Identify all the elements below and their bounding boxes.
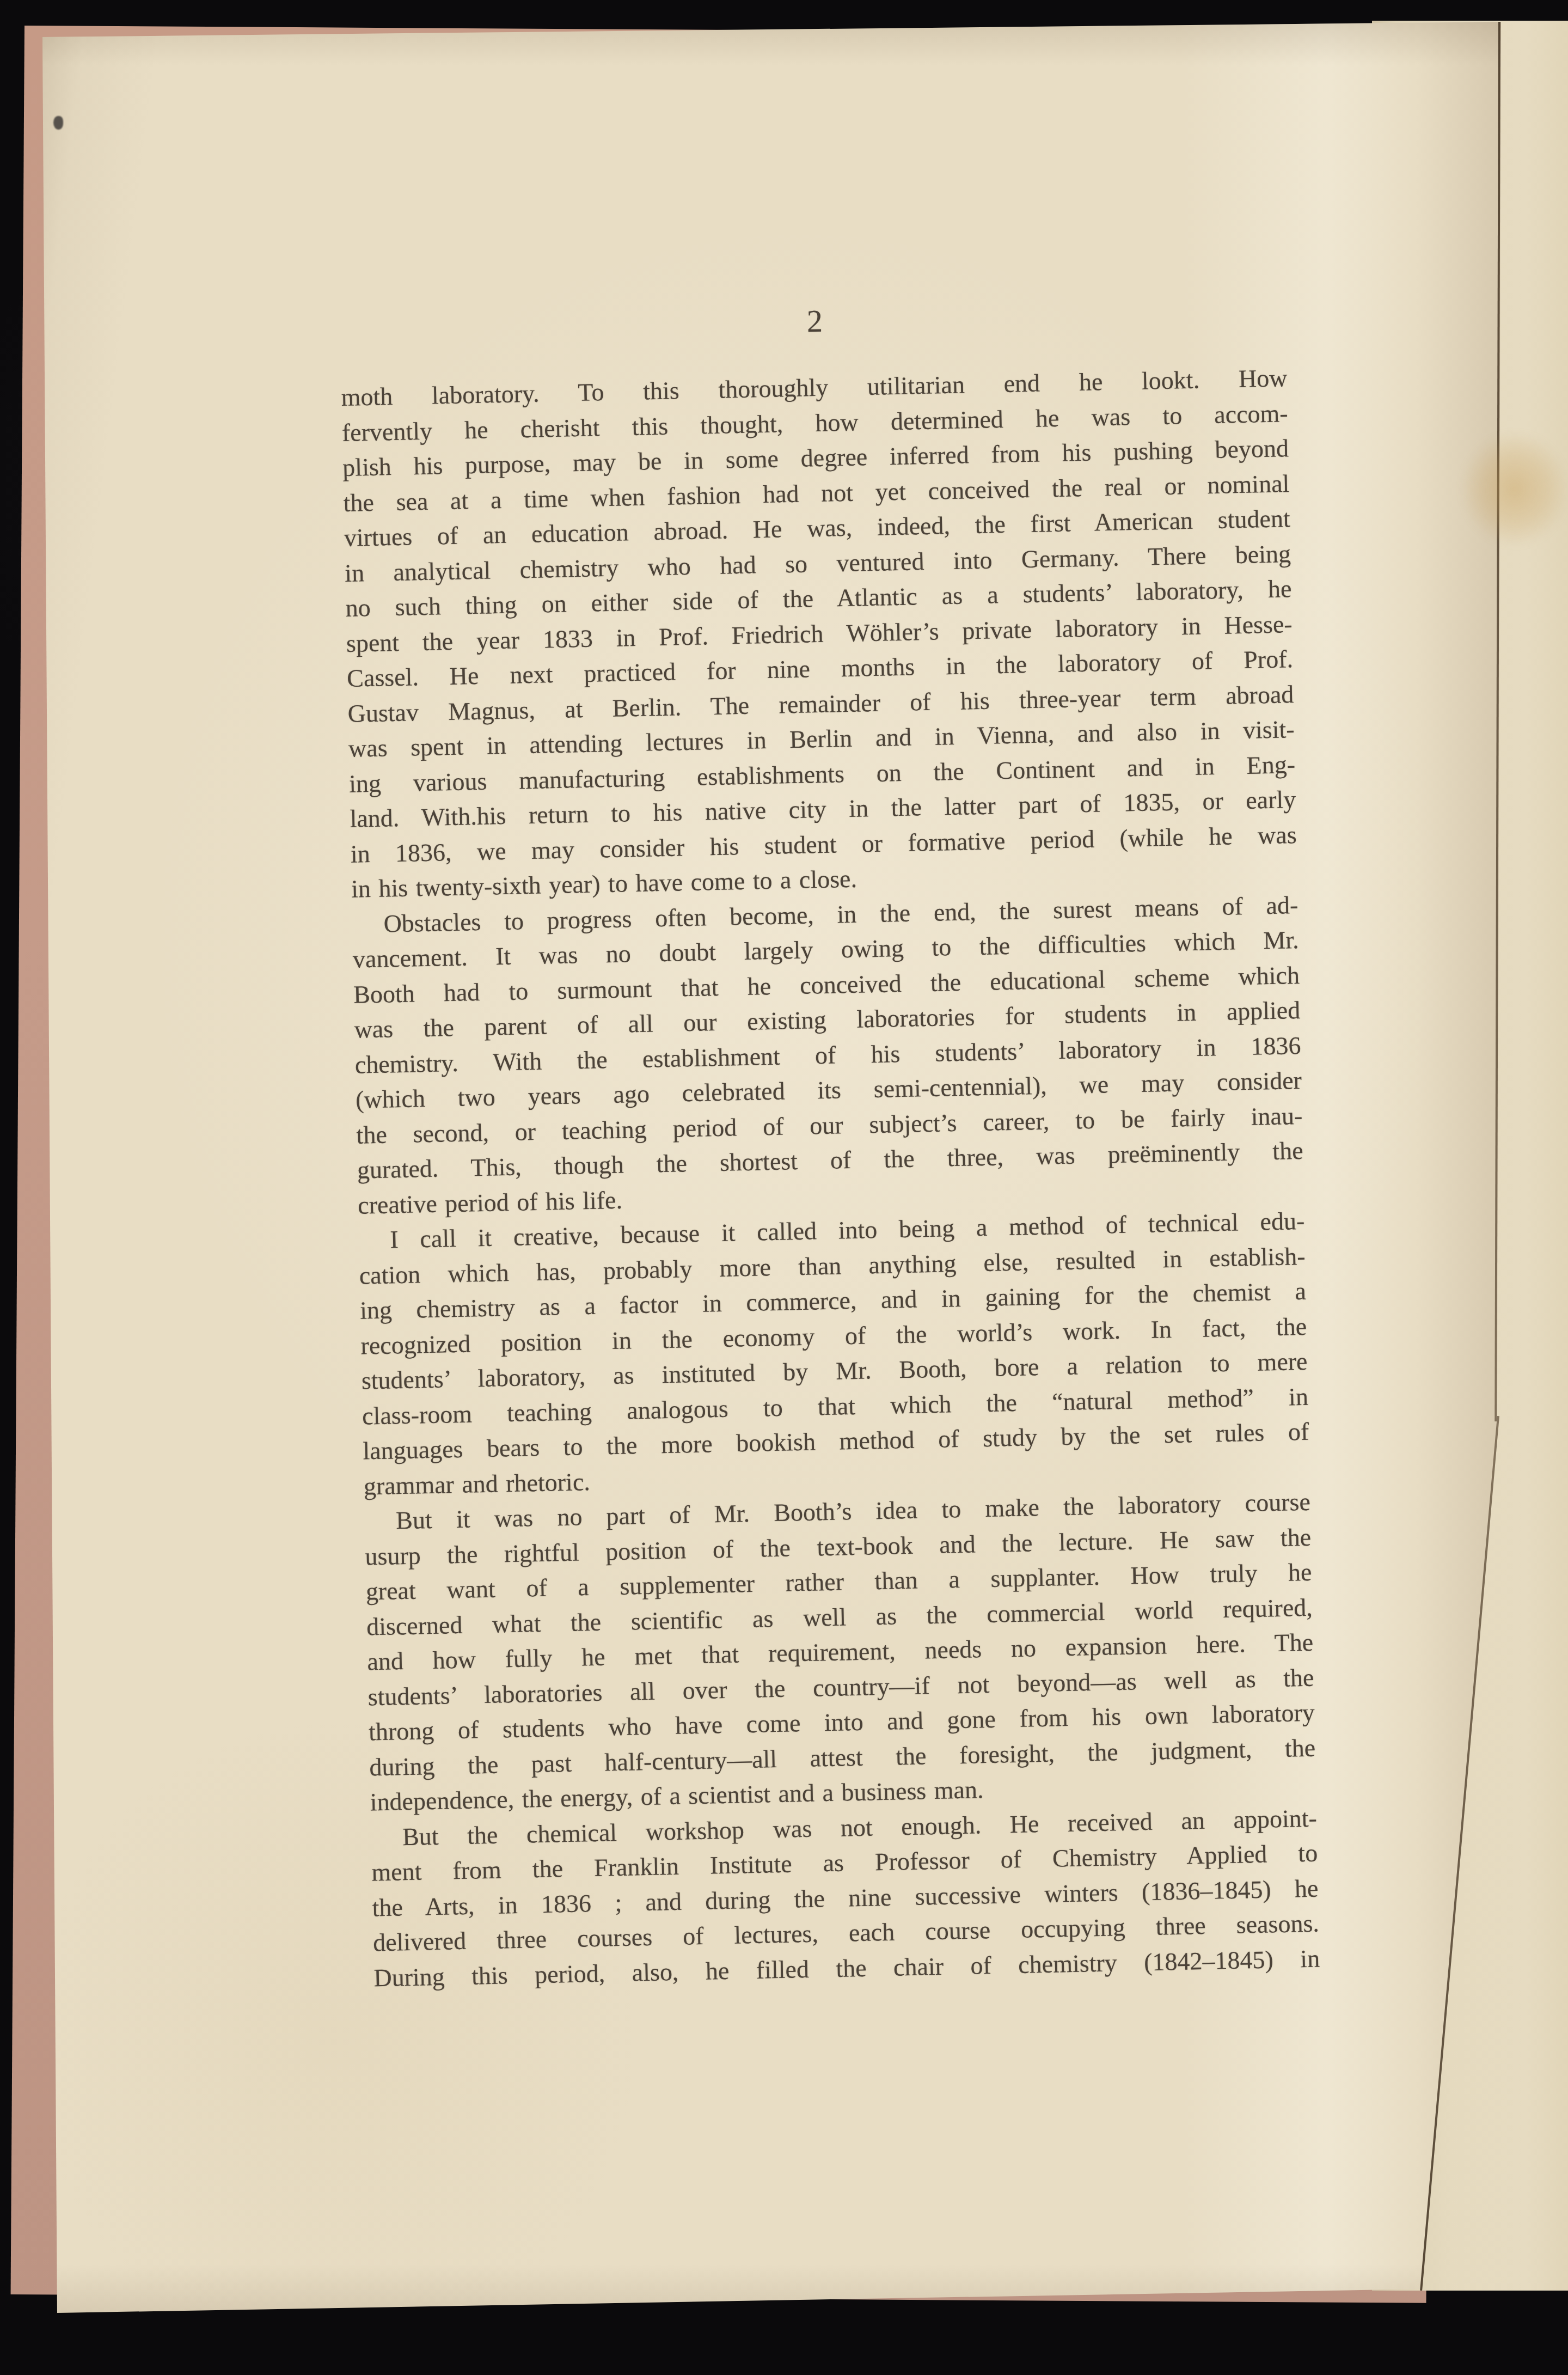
page-number: 2 xyxy=(806,303,823,339)
page-text: moth laboratory. To this thoroughly util… xyxy=(341,361,1320,1995)
paragraph-2: Obstacles to progress often become, in t… xyxy=(352,888,1304,1223)
document-page: 2 moth laboratory. To this thoroughly ut… xyxy=(40,20,1503,2315)
book-scan: 2 moth laboratory. To this thoroughly ut… xyxy=(0,0,1568,2375)
paragraph-1: moth laboratory. To this thoroughly util… xyxy=(341,361,1298,907)
paragraph-5: But the chemical workshop was not enough… xyxy=(370,1800,1320,1995)
paragraph-3: I call it creative, because it called in… xyxy=(358,1204,1310,1504)
paper-stain xyxy=(1460,431,1568,547)
ink-spot xyxy=(53,116,63,130)
paragraph-4: But it was no part of Mr. Booth’s idea t… xyxy=(364,1485,1317,1820)
